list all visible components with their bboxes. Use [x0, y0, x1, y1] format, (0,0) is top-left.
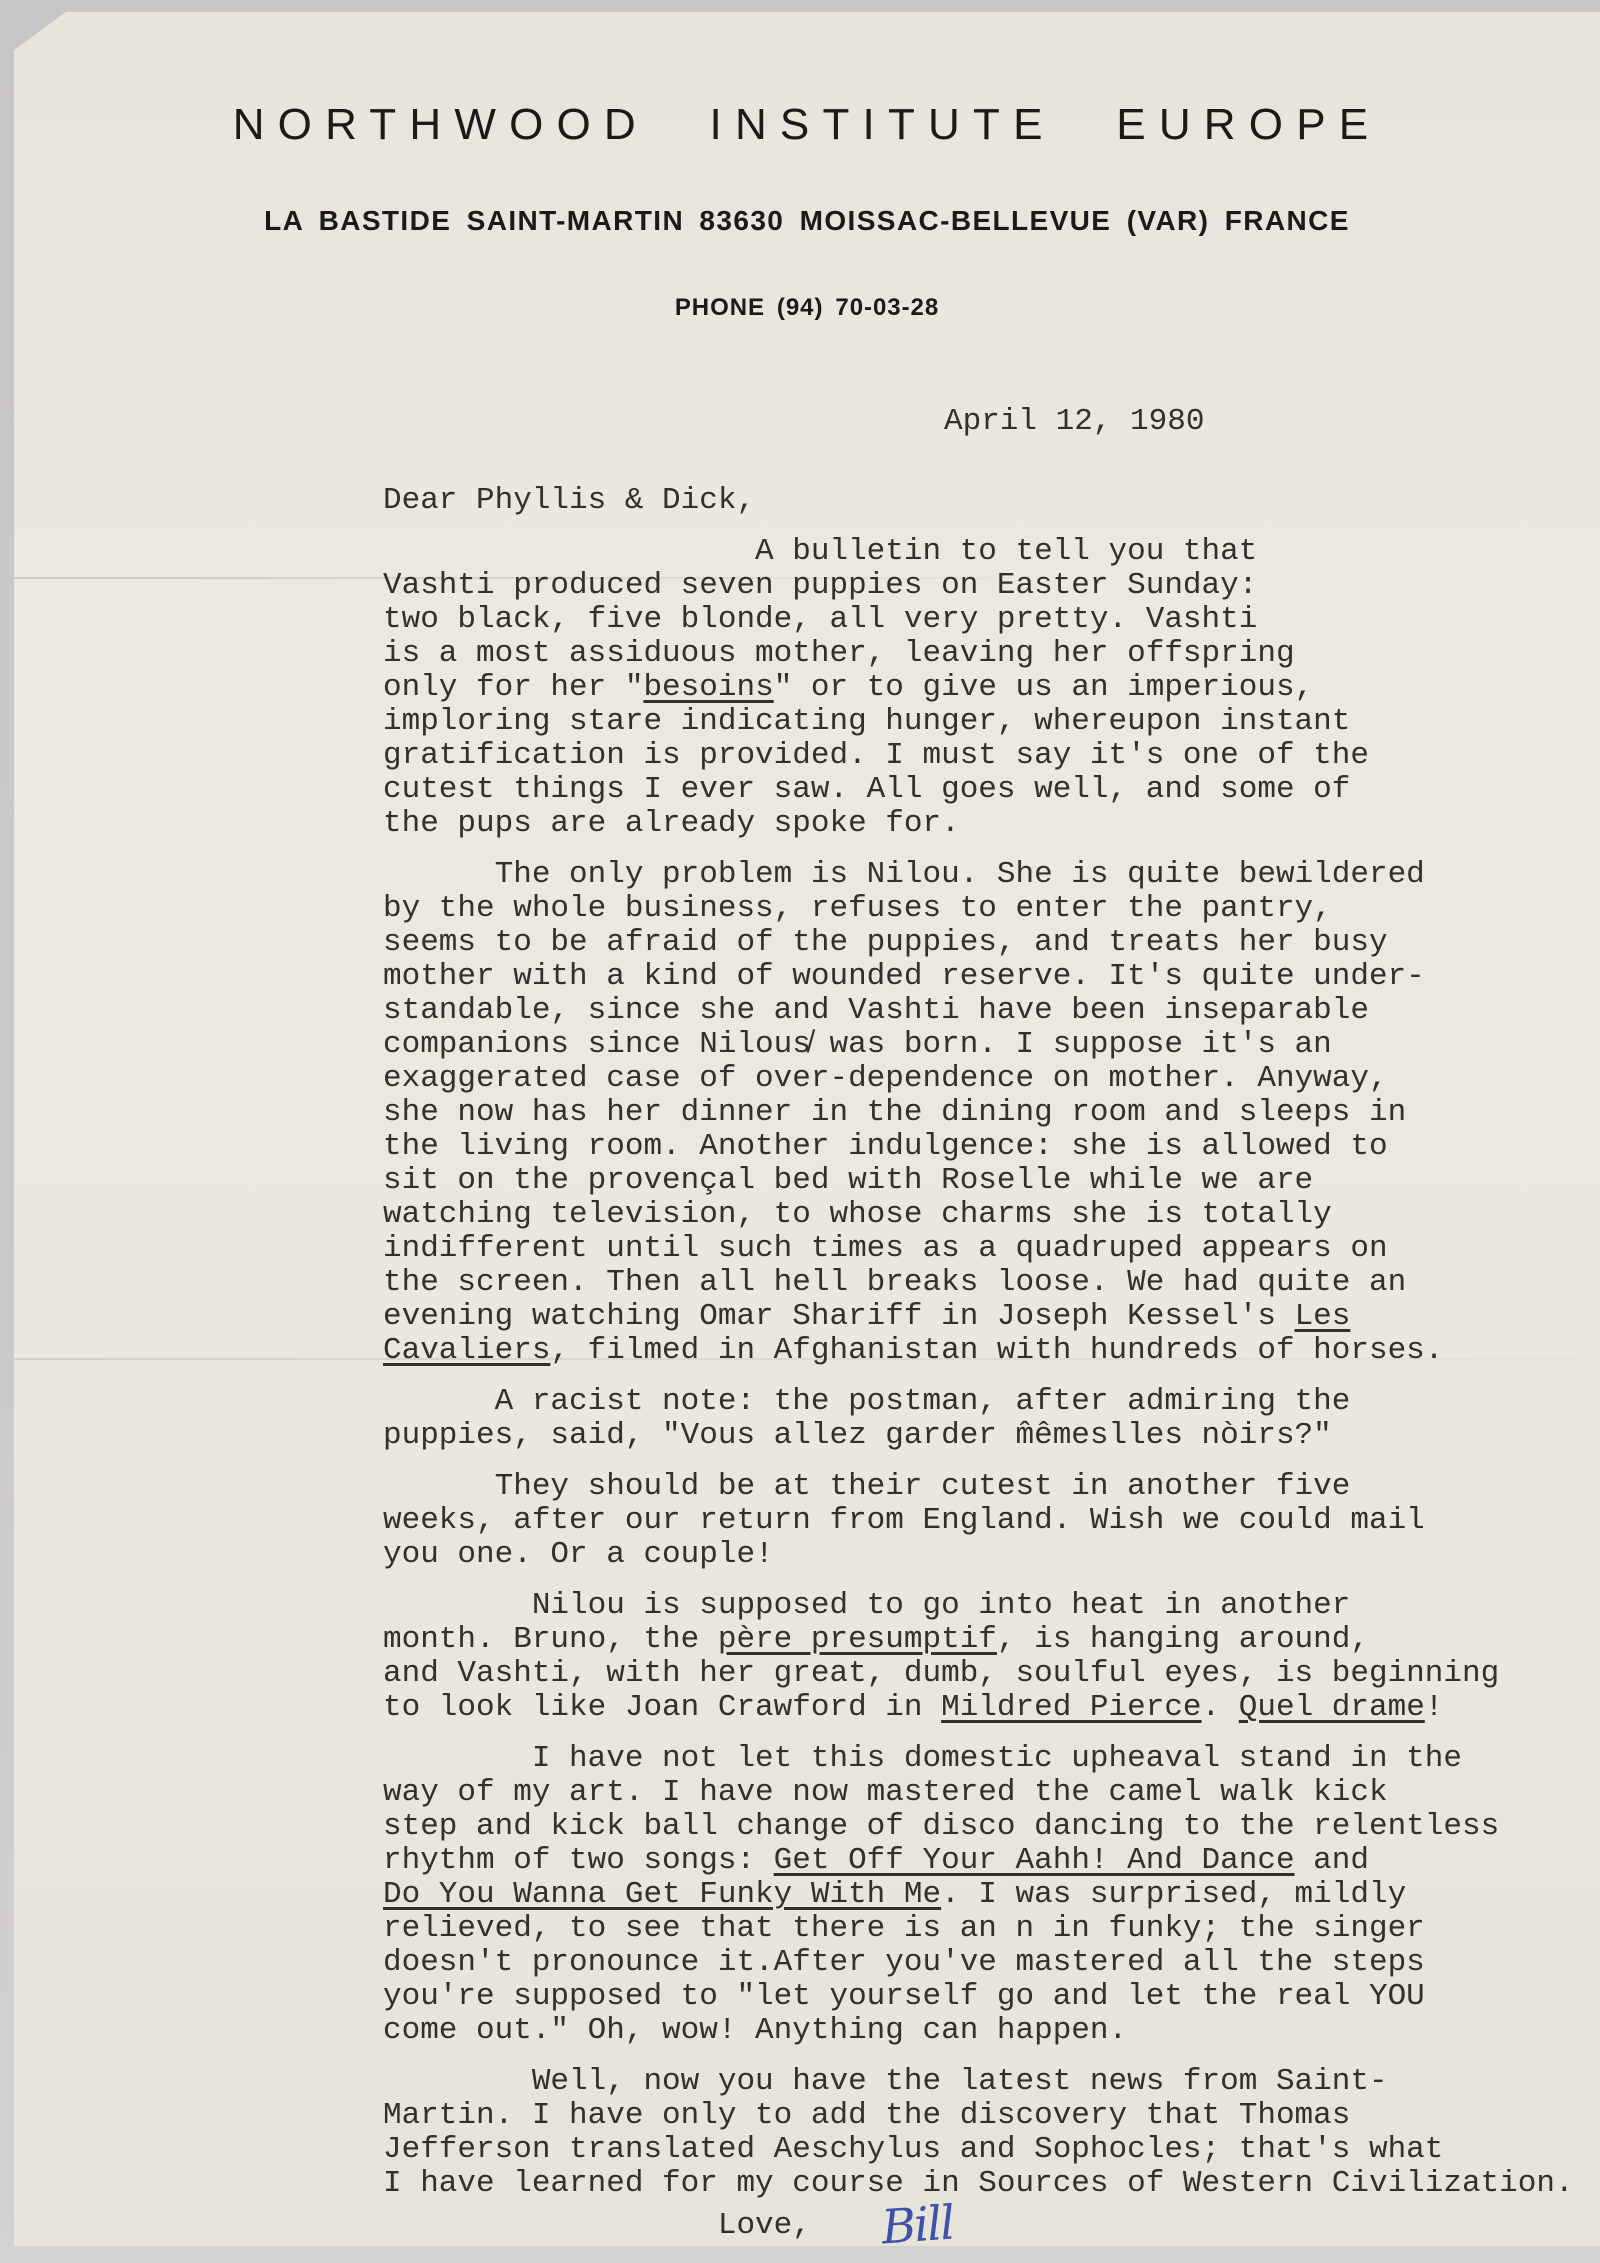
- letter-line: The only problem is Nilou. She is quite …: [383, 858, 1574, 892]
- letter-line: rhythm of two songs: Get Off Your Aahh! …: [383, 1844, 1574, 1878]
- letter-line: standable, since she and Vashti have bee…: [383, 994, 1574, 1028]
- letterhead-phone: PHONE (94) 70-03-28: [14, 294, 1600, 322]
- letter-line: A bulletin to tell you that: [383, 535, 1574, 569]
- letter-line: is a most assiduous mother, leaving her …: [383, 637, 1574, 671]
- paragraph: A racist note: the postman, after admiri…: [383, 1385, 1574, 1453]
- letter-line: Cavaliers, filmed in Afghanistan with hu…: [383, 1334, 1574, 1368]
- letter-line: watching television, to whose charms she…: [383, 1198, 1574, 1232]
- letter-line: doesn't pronounce it.After you've master…: [383, 1946, 1574, 1980]
- letter-line: Nilou is supposed to go into heat in ano…: [383, 1589, 1574, 1623]
- letter-line: gratification is provided. I must say it…: [383, 739, 1574, 773]
- letter-line: indifferent until such times as a quadru…: [383, 1232, 1574, 1266]
- letter-line: and Vashti, with her great, dumb, soulfu…: [383, 1657, 1574, 1691]
- paragraph: A bulletin to tell you thatVashti produc…: [383, 535, 1574, 841]
- letter-line: Jefferson translated Aeschylus and Sopho…: [383, 2133, 1574, 2167]
- letter-line: puppies, said, "Vous allez garder m̂êmes…: [383, 1419, 1574, 1453]
- letter-line: relieved, to see that there is an n in f…: [383, 1912, 1574, 1946]
- letter-line: Well, now you have the latest news from …: [383, 2065, 1574, 2099]
- letter-line: mother with a kind of wounded reserve. I…: [383, 960, 1574, 994]
- letter-line: come out." Oh, wow! Anything can happen.: [383, 2014, 1574, 2048]
- handwritten-signature: Bill: [880, 2207, 954, 2246]
- letter-paper: NORTHWOOD INSTITUTE EUROPE LA BASTIDE SA…: [14, 12, 1600, 2246]
- letter-line: weeks, after our return from England. Wi…: [383, 1504, 1574, 1538]
- letter-line: the pups are already spoke for.: [383, 807, 1574, 841]
- letter-line: she now has her dinner in the dining roo…: [383, 1096, 1574, 1130]
- closing-line: Love,Bill: [383, 2201, 1574, 2243]
- letter-line: the living room. Another indulgence: she…: [383, 1130, 1574, 1164]
- letter-line: They should be at their cutest in anothe…: [383, 1470, 1574, 1504]
- letter-line: cutest things I ever saw. All goes well,…: [383, 773, 1574, 807]
- letter-line: to look like Joan Crawford in Mildred Pi…: [383, 1691, 1574, 1725]
- letterhead-organization: NORTHWOOD INSTITUTE EUROPE: [14, 100, 1600, 150]
- letter-line: only for her "besoins" or to give us an …: [383, 671, 1574, 705]
- letter-line: I have learned for my course in Sources …: [383, 2167, 1574, 2201]
- letter-line: Do You Wanna Get Funky With Me. I was su…: [383, 1878, 1574, 1912]
- letter-body: Dear Phyllis & Dick, A bulletin to tell …: [383, 484, 1574, 2243]
- paragraph: They should be at their cutest in anothe…: [383, 1470, 1574, 1572]
- letter-line: way of my art. I have now mastered the c…: [383, 1776, 1574, 1810]
- letterhead-address: LA BASTIDE SAINT-MARTIN 83630 MOISSAC-BE…: [14, 205, 1600, 237]
- paragraph: I have not let this domestic upheaval st…: [383, 1742, 1574, 2048]
- letter-line: two black, five blonde, all very pretty.…: [383, 603, 1574, 637]
- letter-line: Vashti produced seven puppies on Easter …: [383, 569, 1574, 603]
- letter-line: sit on the provençal bed with Roselle wh…: [383, 1164, 1574, 1198]
- paragraph: Well, now you have the latest news from …: [383, 2065, 1574, 2201]
- salutation: Dear Phyllis & Dick,: [383, 484, 1574, 518]
- letter-line: evening watching Omar Shariff in Joseph …: [383, 1300, 1574, 1334]
- letter-line: month. Bruno, the père presumptif, is ha…: [383, 1623, 1574, 1657]
- letter-date: April 12, 1980: [944, 405, 1204, 439]
- letter-line: imploring stare indicating hunger, where…: [383, 705, 1574, 739]
- letter-line: you one. Or a couple!: [383, 1538, 1574, 1572]
- letter-line: exaggerated case of over-dependence on m…: [383, 1062, 1574, 1096]
- letter-line: the screen. Then all hell breaks loose. …: [383, 1266, 1574, 1300]
- letter-line: step and kick ball change of disco danci…: [383, 1810, 1574, 1844]
- paragraph: Nilou is supposed to go into heat in ano…: [383, 1589, 1574, 1725]
- paragraphs: A bulletin to tell you thatVashti produc…: [383, 535, 1574, 2201]
- letter-line: you're supposed to "let yourself go and …: [383, 1980, 1574, 2014]
- scanned-letter-photo: { "letterhead": { "organization": "NORTH…: [0, 0, 1600, 2263]
- letter-line: by the whole business, refuses to enter …: [383, 892, 1574, 926]
- letter-line: companions since Nilous̸ was born. I sup…: [383, 1028, 1574, 1062]
- letter-line: I have not let this domestic upheaval st…: [383, 1742, 1574, 1776]
- letter-line: Martin. I have only to add the discovery…: [383, 2099, 1574, 2133]
- paragraph: The only problem is Nilou. She is quite …: [383, 858, 1574, 1368]
- letter-line: A racist note: the postman, after admiri…: [383, 1385, 1574, 1419]
- closing-word: Love,: [383, 2208, 811, 2243]
- letter-line: seems to be afraid of the puppies, and t…: [383, 926, 1574, 960]
